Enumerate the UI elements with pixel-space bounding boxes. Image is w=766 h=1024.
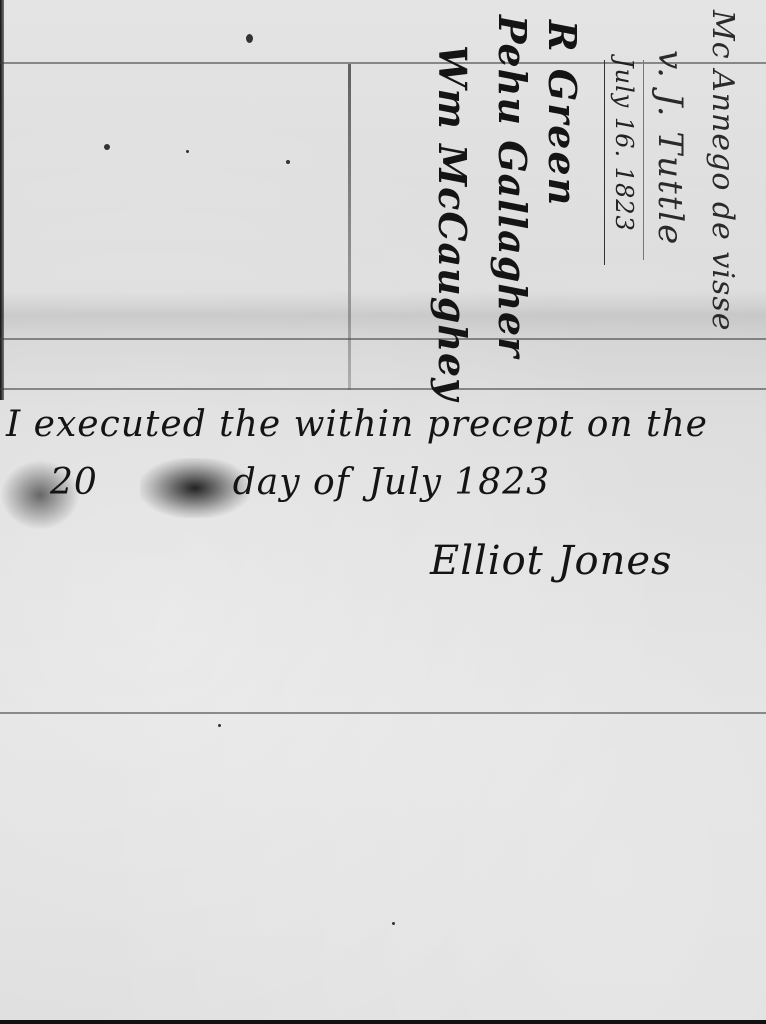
- officer-signature: Elliot Jones: [430, 538, 673, 584]
- fold-line-vertical: [348, 64, 351, 390]
- docket-rule: [643, 60, 644, 260]
- ink-speck: [218, 724, 221, 727]
- fold-line-lower: [0, 712, 766, 714]
- page-edge-left: [0, 0, 4, 400]
- return-day-of: day of: [233, 462, 350, 503]
- page-edge-bottom: [0, 1020, 766, 1024]
- docket-case-plaintiff: Mc Annego de visse: [705, 10, 740, 332]
- return-date: July 1823: [368, 462, 550, 503]
- fold-shadow: [0, 290, 766, 340]
- ink-speck: [104, 144, 110, 150]
- witness-name-1: R Green: [540, 20, 585, 207]
- ink-speck: [286, 160, 290, 164]
- return-day-number: 20: [50, 462, 98, 503]
- return-statement-line-2: 20 day of July 1823: [50, 462, 550, 503]
- witness-name-3: Wm McCaughey: [430, 45, 475, 401]
- docket-date: July 16. 1823: [610, 58, 638, 232]
- ink-speck: [392, 922, 395, 925]
- return-statement-line-1: I executed the within precept on the: [6, 404, 708, 445]
- fold-line-middle: [0, 388, 766, 390]
- ink-speck: [186, 150, 189, 153]
- docket-rule: [604, 60, 605, 265]
- fold-line-upper: [0, 338, 766, 340]
- document-page: Mc Annego de visse v. J. Tuttle July 16.…: [0, 0, 766, 1024]
- docket-case-defendant: v. J. Tuttle: [650, 50, 690, 246]
- witness-name-2: Pehu Gallagher: [490, 15, 535, 358]
- ink-speck: [246, 34, 253, 43]
